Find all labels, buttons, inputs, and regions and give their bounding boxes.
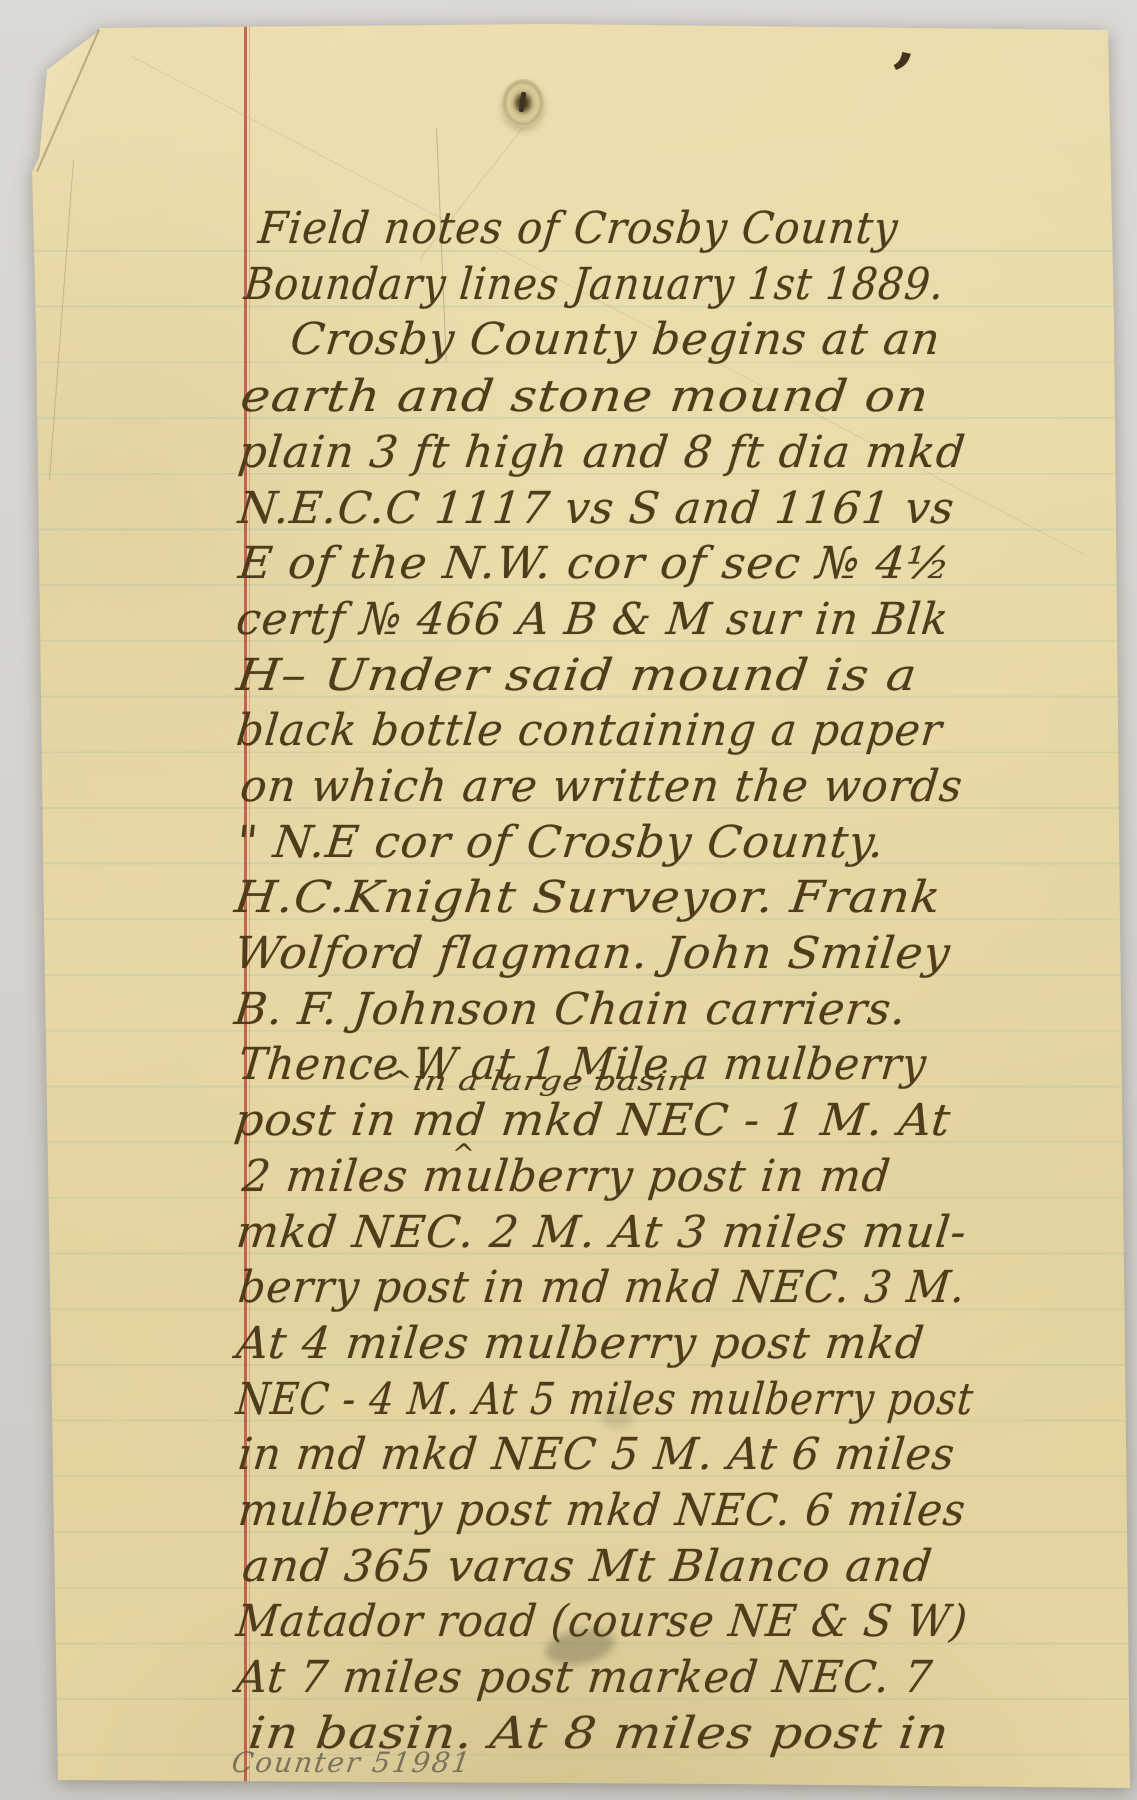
manuscript-line: Matador road (course NE & S W) [234, 1596, 970, 1647]
manuscript-line: certf № 466 A B & M sur in Blk [234, 594, 951, 645]
manuscript-line: in md mkd NEC 5 M. At 6 miles [236, 1429, 958, 1480]
manuscript-line: post in md mkd NEC - 1 M. At [232, 1095, 953, 1146]
manuscript-line: on which are written the words [238, 761, 965, 812]
manuscript-text: ’ Counter 51981 Field notes of Crosby Co… [0, 0, 1137, 1800]
manuscript-line: At 7 miles post marked NEC. 7 [234, 1652, 935, 1703]
manuscript-line: At 4 miles mulberry post mkd [234, 1318, 927, 1369]
manuscript-line: " N.E cor of Crosby County. [234, 817, 887, 868]
manuscript-line: ^in a large basin [382, 1066, 692, 1097]
manuscript-line: mkd NEC. 2 M. At 3 miles mul- [234, 1207, 969, 1258]
manuscript-line: plain 3 ft high and 8 ft dia mkd [236, 427, 968, 478]
manuscript-line: E of the N.W. cor of sec № 4½ [236, 538, 954, 589]
manuscript-line: Boundary lines January 1st 1889. [242, 259, 947, 310]
manuscript-line: B. F. Johnson Chain carriers. [232, 984, 909, 1035]
ink-mark: ’ [881, 42, 917, 111]
manuscript-line: in basin. At 8 miles post in [246, 1708, 952, 1759]
manuscript-line: H– Under said mound is a [234, 650, 920, 701]
manuscript-line: Wolford flagman. John Smiley [232, 928, 953, 979]
manuscript-line: and 365 varas Mt Blanco and [240, 1541, 935, 1592]
manuscript-line: NEC - 4 M. At 5 miles mulberry post [234, 1374, 976, 1425]
manuscript-line: black bottle containing a paper [234, 705, 945, 756]
manuscript-line: H.C.Knight Surveyor. Frank [232, 872, 944, 923]
manuscript-line: Field notes of Crosby County [256, 203, 901, 254]
manuscript-line: N.E.C.C 1117 vs S and 1161 vs [236, 483, 957, 534]
manuscript-line: berry post in md mkd NEC. 3 M. [236, 1262, 968, 1313]
manuscript-line: earth and stone mound on [238, 371, 932, 422]
manuscript-line: mulberry post mkd NEC. 6 miles [236, 1485, 968, 1536]
manuscript-line: 2 miles mulberry post in md [240, 1151, 893, 1202]
manuscript-line: Crosby County begins at an [288, 314, 943, 365]
